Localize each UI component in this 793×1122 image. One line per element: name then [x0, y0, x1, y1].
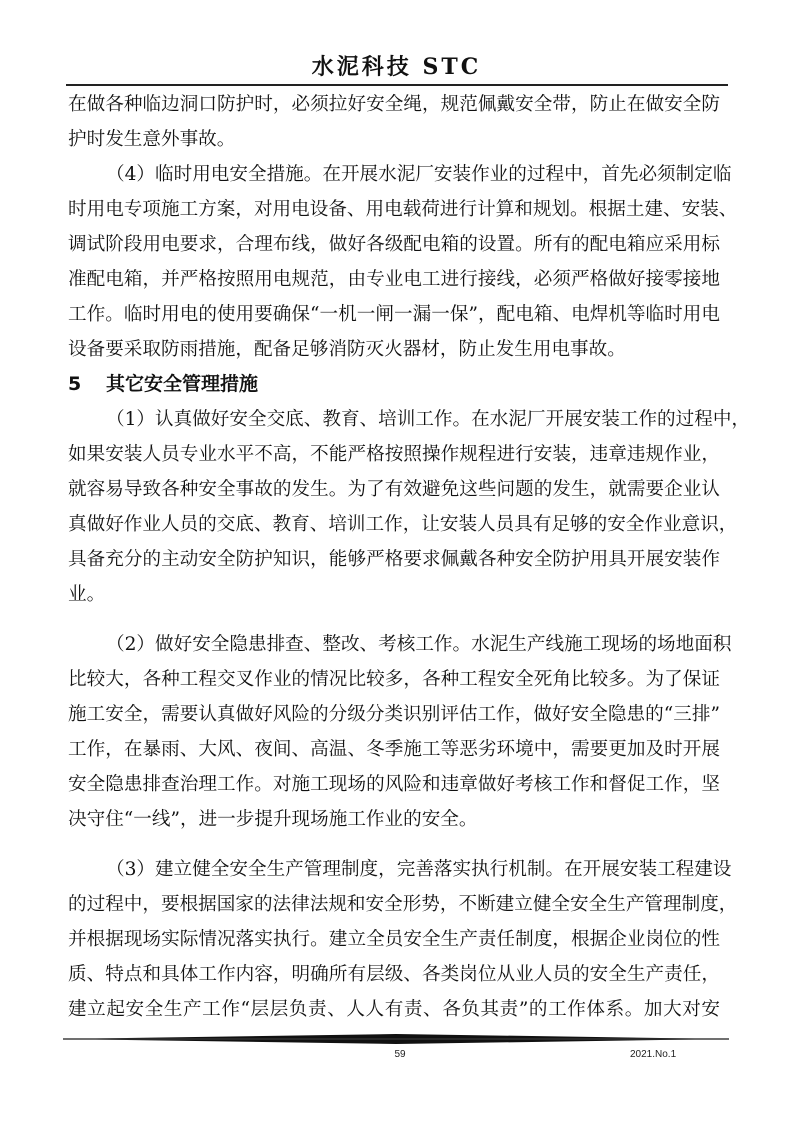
text-line: 就容易导致各种安全事故的发生。为了有效避免这些问题的发生，就需要企业认	[68, 472, 720, 507]
running-header-title: 水泥科技 STC	[0, 50, 793, 81]
header-rule	[66, 84, 728, 86]
text-line: 时用电专项施工方案，对用电设备、用电载荷进行计算和规划。根据土建、安装、	[68, 192, 720, 227]
footer-rule	[63, 1032, 729, 1046]
text-line: （1）认真做好安全交底、教育、培训工作。在水泥厂开展安装工作的过程中，	[68, 402, 720, 437]
text-line: 比较大，各种工程交叉作业的情况比较多，各种工程安全死角比较多。为了保证	[68, 662, 720, 697]
text-line: 工作，在暴雨、大风、夜间、高温、冬季施工等恶劣环境中，需要更加及时开展	[68, 732, 720, 767]
text-line: 安全隐患排查治理工作。对施工现场的风险和违章做好考核工作和督促工作，坚	[68, 767, 720, 802]
text-line: 施工安全，需要认真做好风险的分级分类识别评估工作，做好安全隐患的“三排”	[68, 697, 720, 732]
page-number: 59	[380, 1049, 420, 1060]
text-line: 真做好作业人员的交底、教育、培训工作，让安装人员具有足够的安全作业意识，	[68, 507, 720, 542]
section-heading: 5其它安全管理措施	[68, 367, 720, 402]
article-body: 在做各种临边洞口防护时，必须拉好安全绳，规范佩戴安全带，防止在做安全防 护时发生…	[68, 87, 720, 1027]
paragraph-training: （1）认真做好安全交底、教育、培训工作。在水泥厂开展安装工作的过程中， 如果安装…	[68, 402, 720, 612]
section-title: 其它安全管理措施	[106, 373, 258, 395]
text-line: 如果安装人员专业水平不高，不能严格按照操作规程进行安装，违章违规作业，	[68, 437, 720, 472]
section-number: 5	[68, 367, 106, 402]
paragraph-management-system: （3）建立健全安全生产管理制度，完善落实执行机制。在开展安装工程建设 的过程中，…	[68, 852, 720, 1027]
text-line: 并根据现场实际情况落实执行。建立全员安全生产责任制度，根据企业岗位的性	[68, 922, 720, 957]
text-line: （4）临时用电安全措施。在开展水泥厂安装作业的过程中，首先必须制定临	[68, 157, 720, 192]
text-line: 在做各种临边洞口防护时，必须拉好安全绳，规范佩戴安全带，防止在做安全防	[68, 87, 720, 122]
text-line: 设备要采取防雨措施，配备足够消防灭火器材，防止发生用电事故。	[68, 332, 720, 367]
text-line: 质、特点和具体工作内容，明确所有层级、各类岗位从业人员的安全生产责任，	[68, 957, 720, 992]
text-line: 业。	[68, 577, 720, 612]
text-line: 工作。临时用电的使用要确保“一机一闸一漏一保”，配电箱、电焊机等临时用电	[68, 297, 720, 332]
text-line: 决守住“一线”，进一步提升现场施工作业的安全。	[68, 802, 720, 837]
text-line: 调试阶段用电要求，合理布线，做好各级配电箱的设置。所有的配电箱应采用标	[68, 227, 720, 262]
text-line: 建立起安全生产工作“层层负责、人人有责、各负其责”的工作体系。加大对安	[68, 992, 720, 1027]
issue-label: 2021.No.1	[630, 1049, 710, 1060]
text-line: 护时发生意外事故。	[68, 122, 720, 157]
text-line: （2）做好安全隐患排查、整改、考核工作。水泥生产线施工现场的场地面积	[68, 627, 720, 662]
text-line: 准配电箱，并严格按照用电规范，由专业电工进行接线，必须严格做好接零接地	[68, 262, 720, 297]
paragraph-temporary-electricity: （4）临时用电安全措施。在开展水泥厂安装作业的过程中，首先必须制定临 时用电专项…	[68, 157, 720, 367]
text-line: 具备充分的主动安全防护知识，能够严格要求佩戴各种安全防护用具开展安装作	[68, 542, 720, 577]
text-line: 的过程中，要根据国家的法律法规和安全形势，不断建立健全安全生产管理制度，	[68, 887, 720, 922]
paragraph-hazard-inspection: （2）做好安全隐患排查、整改、考核工作。水泥生产线施工现场的场地面积 比较大，各…	[68, 627, 720, 837]
text-line: （3）建立健全安全生产管理制度，完善落实执行机制。在开展安装工程建设	[68, 852, 720, 887]
